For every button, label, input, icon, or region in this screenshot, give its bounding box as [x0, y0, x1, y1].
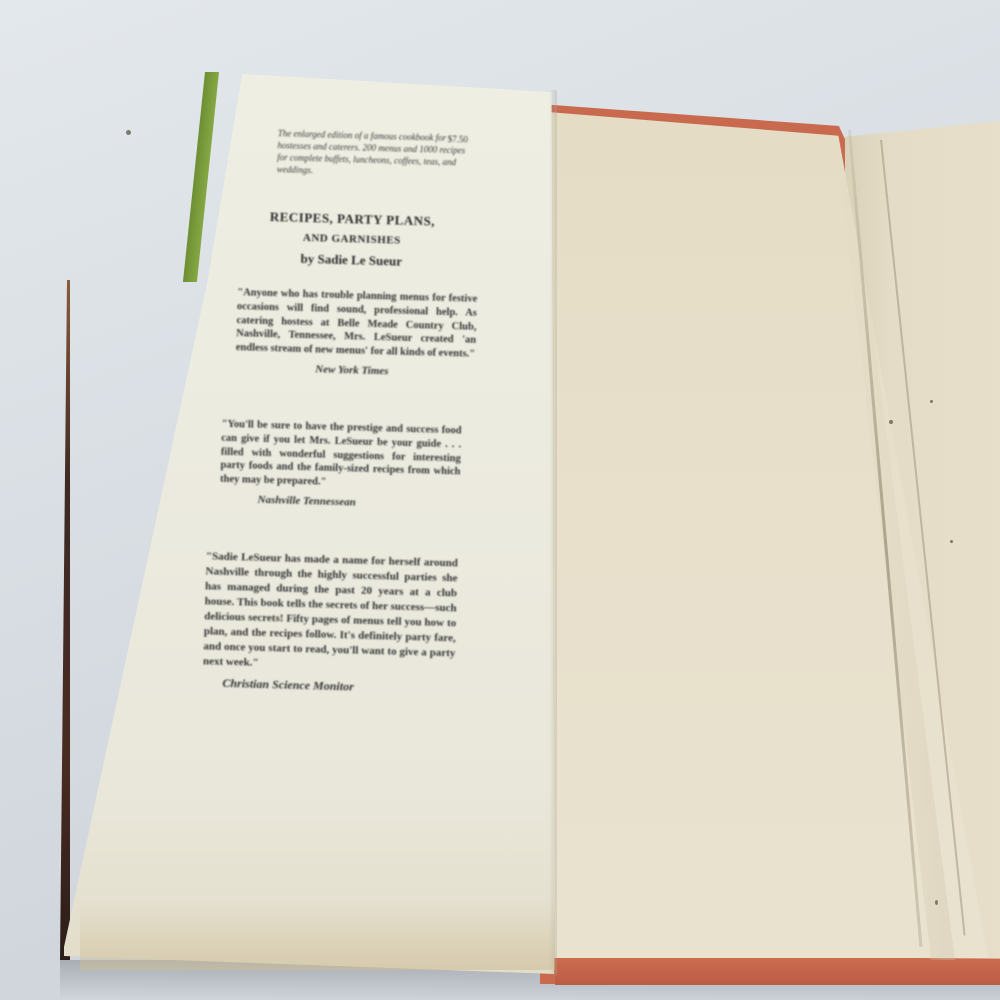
flap-foxing-stain	[80, 900, 555, 970]
review-quote: "You'll be sure to have the prestige and…	[219, 418, 461, 513]
flap-edge-shadow	[549, 90, 557, 975]
flap-intro-text: The enlarged edition of a famous cookboo…	[277, 127, 468, 180]
review-quote-text: "Sadie LeSueur has made a name for herse…	[203, 549, 458, 676]
dust-speck	[930, 400, 933, 403]
jacket-spine-dark-edge	[60, 280, 70, 960]
dust-speck	[935, 900, 938, 905]
dust-speck	[950, 540, 953, 543]
review-quote: "Anyone who has trouble planning menus f…	[235, 286, 477, 381]
book-title-block: Recipes, Party Plans, and Garnishes by S…	[236, 206, 468, 274]
review-quote-text: "You'll be sure to have the prestige and…	[220, 418, 462, 494]
review-quote: "Sadie LeSueur has made a name for herse…	[202, 549, 458, 697]
dust-speck	[126, 130, 131, 135]
dust-speck	[889, 420, 893, 424]
review-quote-text: "Anyone who has trouble planning menus f…	[236, 286, 478, 362]
price-label: $7.50	[448, 134, 469, 145]
